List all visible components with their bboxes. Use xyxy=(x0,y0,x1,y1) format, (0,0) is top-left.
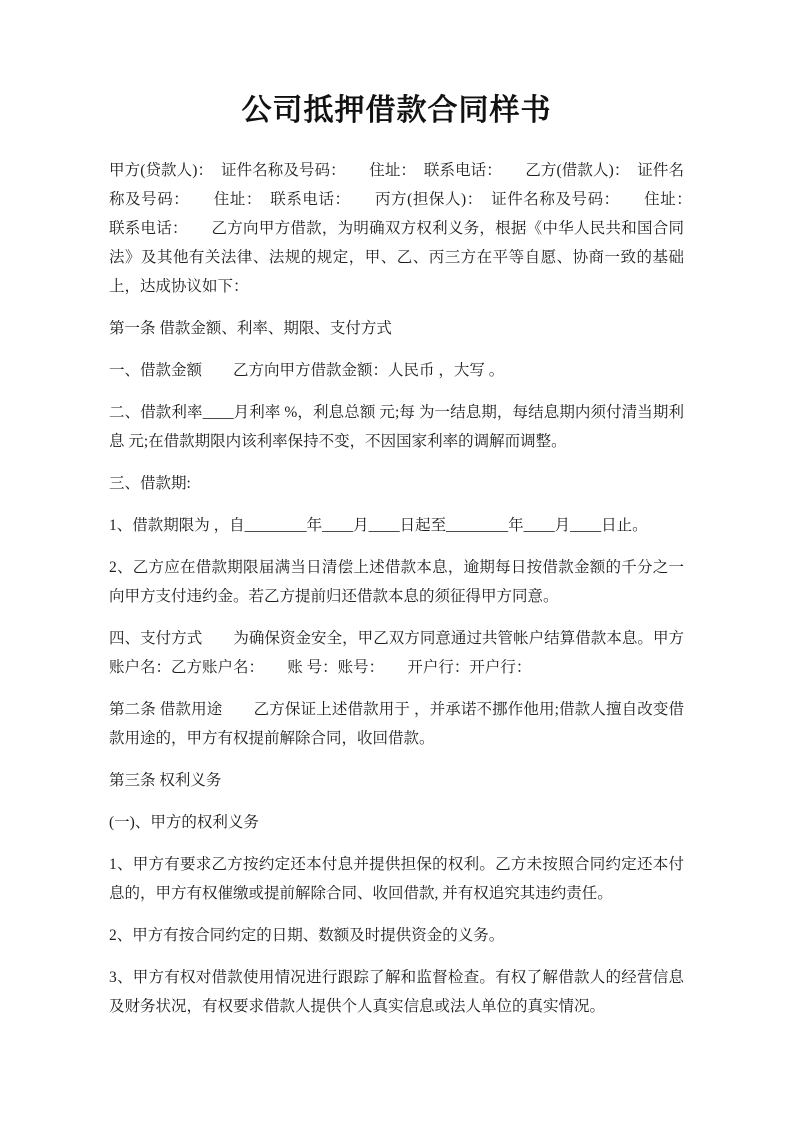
paragraph-clause-3-term-1: 1、借款期限为 ，自________年____月____日起至________年… xyxy=(109,511,684,540)
paragraph-clause-3-term-2: 2、乙方应在借款期限届满当日清偿上述借款本息，逾期每日按借款金额的千分之一向甲方… xyxy=(109,553,684,611)
paragraph-clause-4-payment: 四、支付方式 为确保资金安全，甲乙双方同意通过共管帐户结算借款本息。甲方账户名：… xyxy=(109,624,684,682)
paragraph-clause-2-interest: 二、借款利率____月利率 %，利息总额 元;每 为一结息期，每结息期内须付清当… xyxy=(109,398,684,456)
paragraph-article-2-purpose: 第二条 借款用途 乙方保证上述借款用于 ，并承诺不挪作他用;借款人擅自改变借款用… xyxy=(109,695,684,753)
document-body: 甲方(贷款人)： 证件名称及号码： 住址： 联系电话： 乙方(借款人)： 证件名… xyxy=(109,156,684,1021)
paragraph-article-1-heading: 第一条 借款金额、利率、期限、支付方式 xyxy=(109,314,684,343)
paragraph-article-3-heading: 第三条 权利义务 xyxy=(109,766,684,795)
paragraph-clause-3-term-heading: 三、借款期: xyxy=(109,469,684,498)
document-page: 公司抵押借款合同样书 甲方(贷款人)： 证件名称及号码： 住址： 联系电话： 乙… xyxy=(0,0,793,1122)
paragraph-intro-parties: 甲方(贷款人)： 证件名称及号码： 住址： 联系电话： 乙方(借款人)： 证件名… xyxy=(109,156,684,301)
paragraph-article-3-party-a-3: 3、甲方有权对借款使用情况进行跟踪了解和监督检查。有权了解借款人的经营信息及财务… xyxy=(109,963,684,1021)
document-title: 公司抵押借款合同样书 xyxy=(0,0,793,130)
paragraph-article-3-party-a-2: 2、甲方有按合同约定的日期、数额及时提供资金的义务。 xyxy=(109,921,684,950)
paragraph-article-3-party-a-1: 1、甲方有要求乙方按约定还本付息并提供担保的权利。乙方未按照合同约定还本付息的，… xyxy=(109,850,684,908)
paragraph-article-3-party-a-heading: (一)、甲方的权利义务 xyxy=(109,808,684,837)
paragraph-clause-1-amount: 一、借款金额 乙方向甲方借款金额：人民币 ，大写 。 xyxy=(109,356,684,385)
